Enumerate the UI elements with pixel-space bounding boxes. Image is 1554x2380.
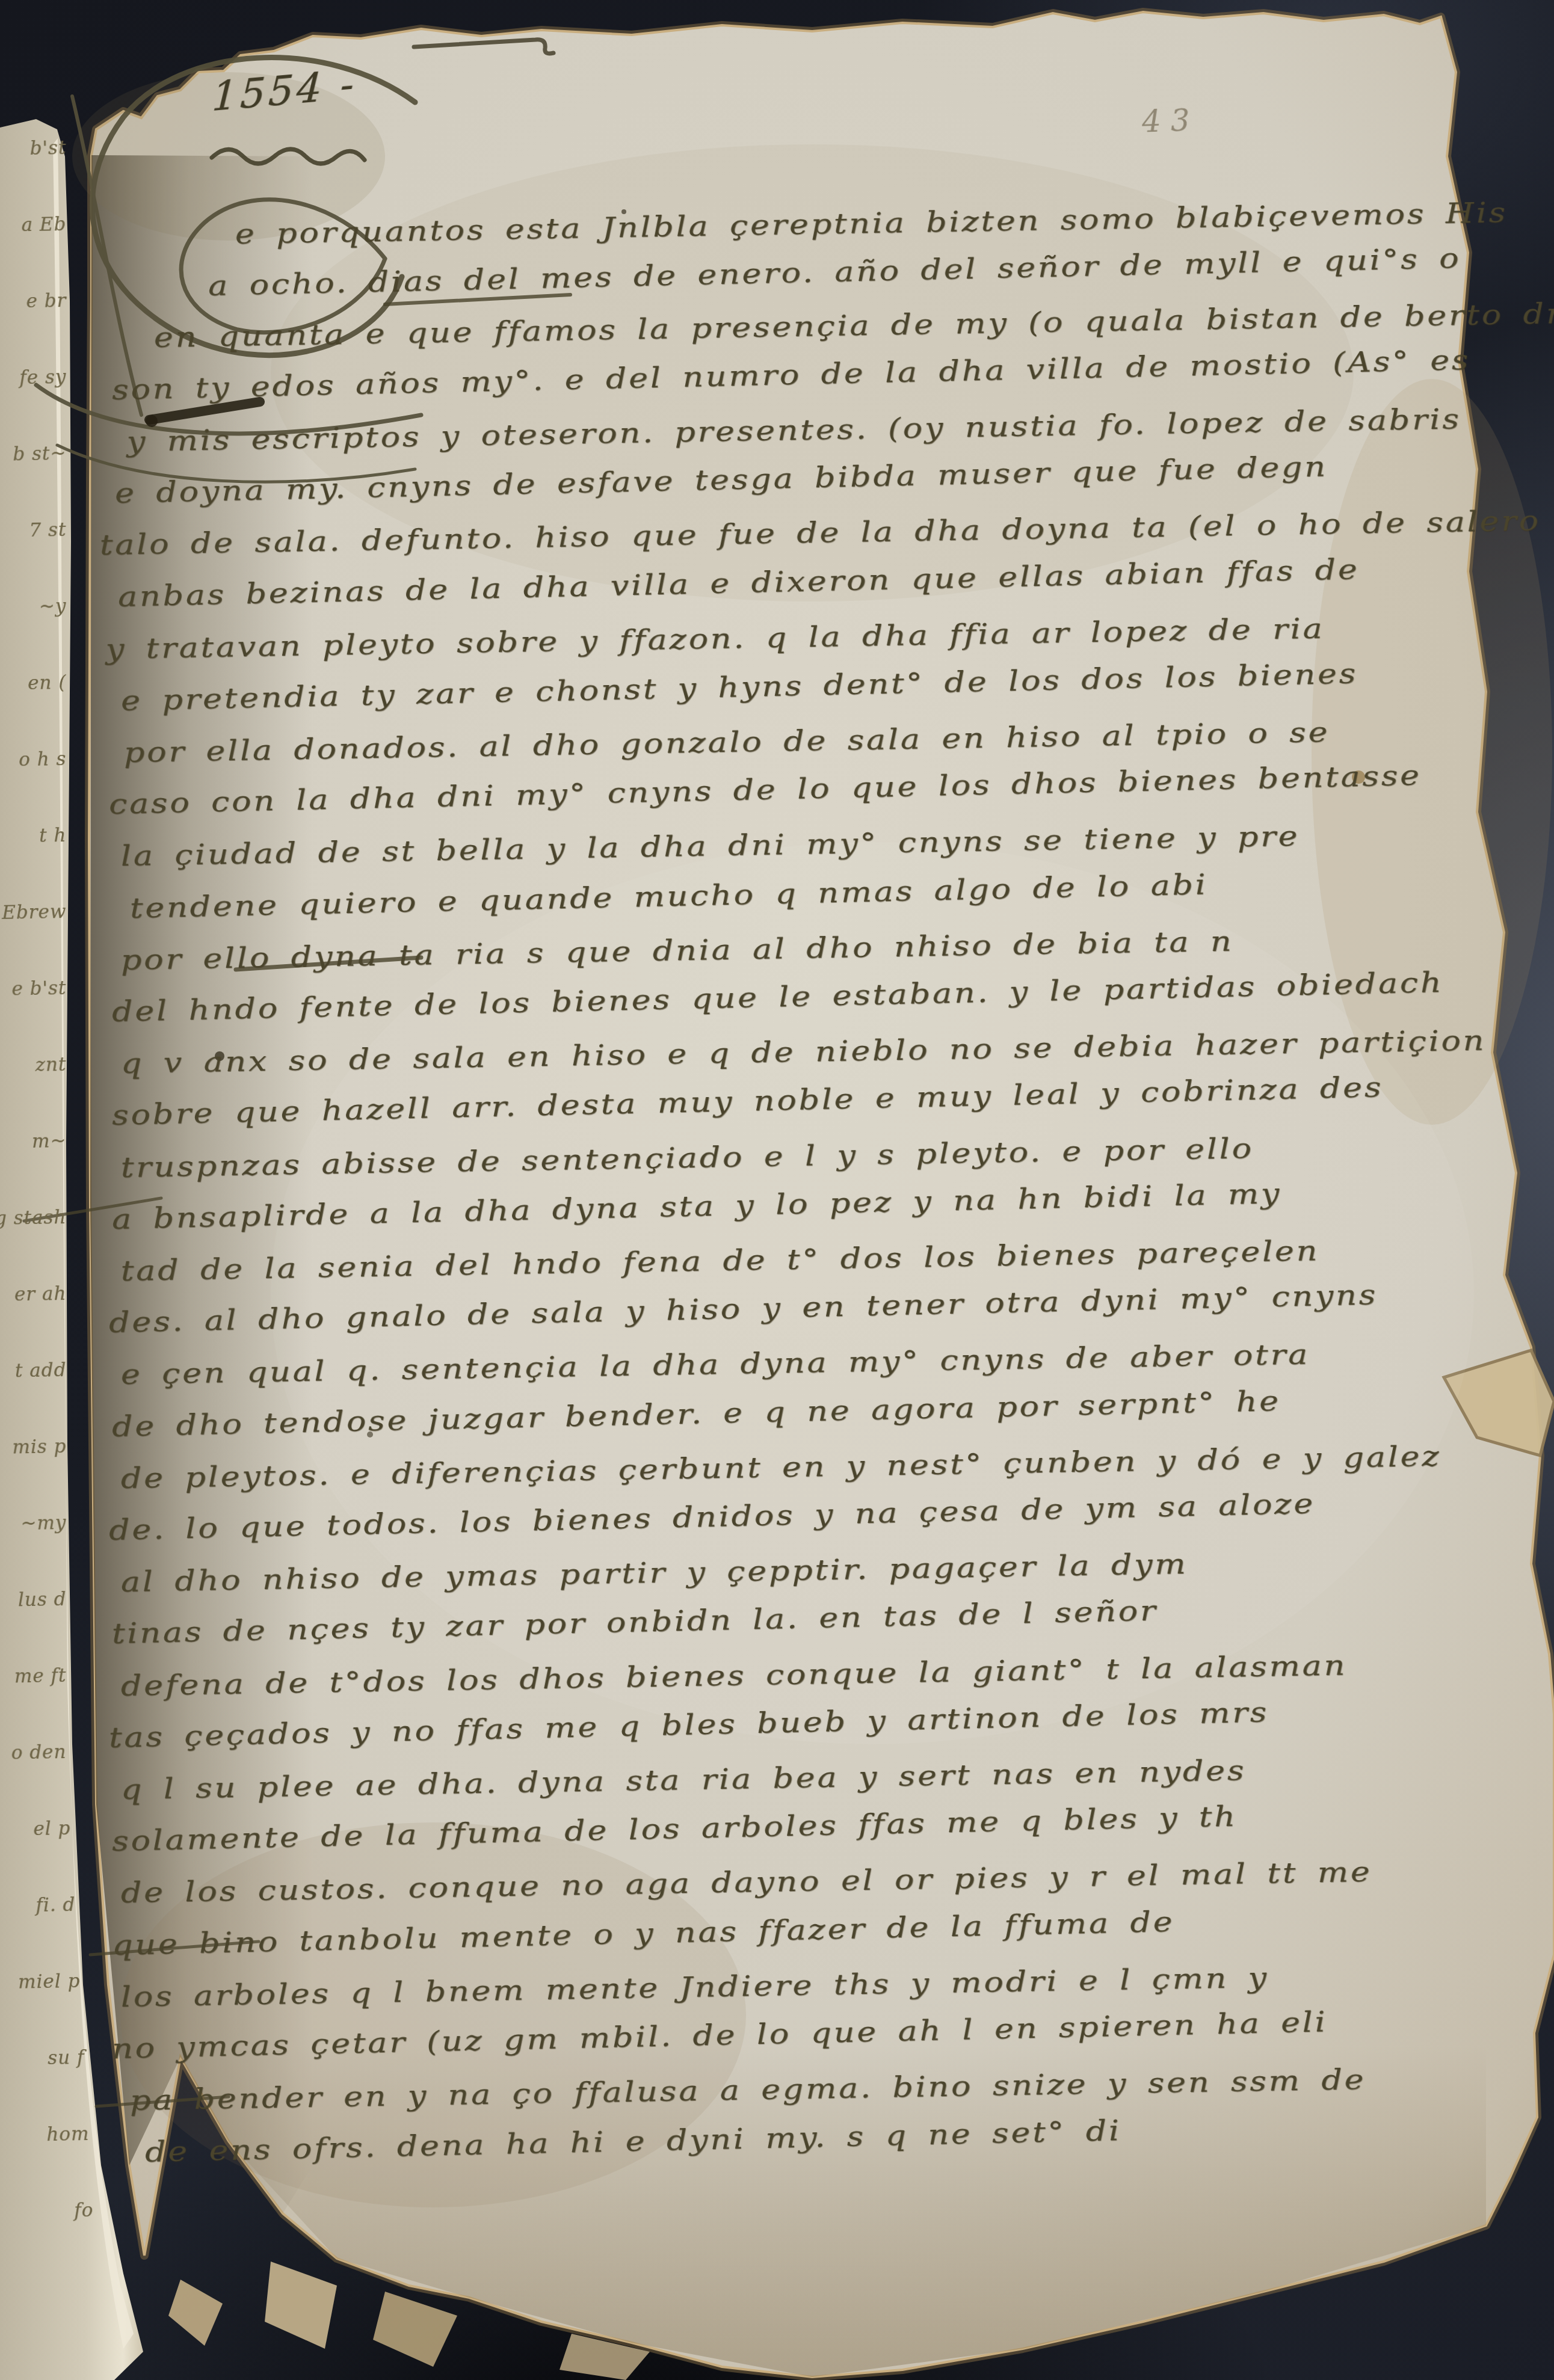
facing-page-fragment: el p [33, 1818, 71, 1840]
torn-chip [265, 2262, 337, 2349]
facing-page-fragment: t h [39, 825, 67, 847]
facing-page-fragment: ~my [20, 1512, 67, 1534]
facing-page-fragment: lus d [18, 1588, 67, 1611]
facing-page-fragment: mis p [12, 1436, 67, 1459]
torn-chip [168, 2280, 223, 2346]
facing-page-fragment: t add [15, 1359, 67, 1382]
facing-page-fragment: b'st [29, 137, 66, 159]
facing-page-fragment: miel p [18, 1970, 81, 1993]
facing-page-fragment: ~y [39, 595, 67, 618]
facing-page-fragment: su f [48, 2047, 85, 2069]
facing-page-fragment: e br [26, 290, 66, 312]
facing-page-fragment: a Eb [21, 214, 66, 236]
facing-page-fragment: me ft [14, 1665, 66, 1688]
facing-page-fragment: er ah [14, 1283, 67, 1306]
facing-page-fragment: fe sy [19, 366, 67, 389]
facing-page-fragment: o den [11, 1741, 66, 1764]
torn-chip [373, 2292, 457, 2367]
age-stain [1312, 379, 1552, 1125]
facing-page-fragment: m~ [32, 1130, 67, 1152]
facing-page-fragment: b st~ [13, 443, 67, 466]
facing-page-fragment: g stash [0, 1207, 67, 1229]
facing-page-fragment: fi. d [35, 1894, 76, 1916]
facing-page-fragment: 7 st [29, 519, 67, 541]
facing-page-fragment: fo [74, 2200, 94, 2222]
facing-page-fragment: en ( [28, 672, 67, 694]
facing-page-fragment: hom [46, 2123, 90, 2145]
facing-page-fragment: e b'st [11, 977, 67, 1000]
facing-page-fragment: Ebrew [2, 901, 67, 924]
facing-page-fragment: znt [35, 1054, 66, 1076]
facing-page-fragment: o h s [19, 748, 67, 770]
photograph-of-manuscript: 1554 - 43 e porquantos esta Jnlbla çerep… [0, 0, 1554, 2380]
folio-number: 43 [1141, 102, 1200, 139]
